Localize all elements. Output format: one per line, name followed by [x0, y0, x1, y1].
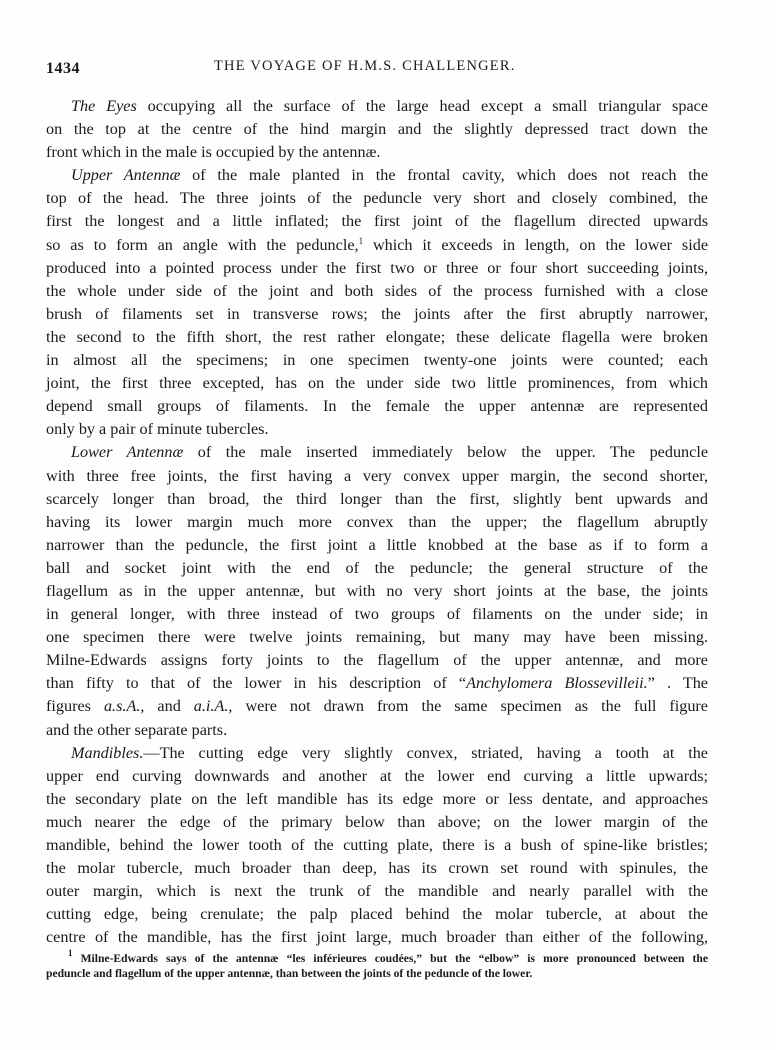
species-name: Anchylomera Blossevilleii. [466, 674, 648, 692]
text-line: the whole under side of the joint and bo… [46, 282, 708, 300]
text-line: centre of the mandible, has the first jo… [46, 928, 708, 946]
figure-ref-aia: a.i.A. [194, 697, 229, 715]
text-line: Milne-Edwards assigns forty joints to th… [46, 651, 708, 669]
text-line: joint, the first three excepted, has on … [46, 374, 708, 392]
text-line: of the male inserted immediately below t… [183, 443, 708, 461]
text-line: only by a pair of minute tubercles. [46, 420, 269, 438]
running-title: THE VOYAGE OF H.M.S. CHALLENGER. [214, 58, 516, 75]
section-heading-eyes: The Eyes [71, 97, 137, 115]
text-line: which it exceeds in length, on the lower… [363, 236, 708, 254]
text-line: the second to the fifth short, the rest … [46, 328, 708, 346]
figure-ref-asa: a.s.A. [104, 697, 140, 715]
paragraph-eyes: The Eyes occupying all the surface of th… [46, 95, 708, 164]
section-heading-mandibles: Mandibles. [71, 744, 143, 762]
text-line: depend small groups of filaments. In the… [46, 397, 708, 415]
text-line: with three free joints, the first having… [46, 467, 708, 485]
text-line: scarcely longer than broad, the third lo… [46, 490, 708, 508]
text-line: top of the head. The three joints of the… [46, 189, 708, 207]
section-heading-lower-antennae: Lower Antennæ [71, 443, 183, 461]
text-line: one specimen there were twelve joints re… [46, 628, 708, 646]
text-line: than fifty to that of the lower in his d… [46, 674, 466, 692]
text-line: , were not drawn from the same specimen … [228, 697, 708, 715]
body-text: The Eyes occupying all the surface of th… [46, 95, 708, 949]
text-line: outer margin, which is next the trunk of… [46, 882, 708, 900]
text-line: front which in the male is occupied by t… [46, 143, 380, 161]
text-line: the secondary plate on the left mandible… [46, 790, 708, 808]
text-line: on the top at the centre of the hind mar… [46, 120, 708, 138]
footnote-line: peduncle and flagellum of the upper ante… [46, 967, 532, 980]
text-line: in general longer, with three instead of… [46, 605, 708, 623]
text-line: the molar tubercle, much broader than de… [46, 859, 708, 877]
page-header: 1434 THE VOYAGE OF H.M.S. CHALLENGER. [46, 54, 706, 78]
footnote-line: Milne-Edwards says of the antennæ “les i… [73, 952, 709, 965]
text-line: mandible, behind the lower tooth of the … [46, 836, 708, 854]
text-line: ball and socket joint with the end of th… [46, 559, 708, 577]
text-line: produced into a pointed process under th… [46, 259, 708, 277]
document-page: 1434 THE VOYAGE OF H.M.S. CHALLENGER. Th… [0, 0, 776, 1050]
text-line: first the longest and a little inflated;… [46, 212, 708, 230]
text-line: so as to form an angle with the peduncle… [46, 236, 359, 254]
page-number: 1434 [46, 60, 80, 78]
text-line: figures [46, 697, 104, 715]
text-line: —The cutting edge very slightly convex, … [143, 744, 708, 762]
paragraph-mandibles: Mandibles.—The cutting edge very slightl… [46, 742, 708, 950]
text-line: ” . The [648, 674, 708, 692]
text-line: brush of filaments set in transverse row… [46, 305, 708, 323]
text-line: much nearer the edge of the primary belo… [46, 813, 708, 831]
text-line: occupying all the surface of the large h… [137, 97, 708, 115]
paragraph-upper-antennae: Upper Antennæ of the male planted in the… [46, 164, 708, 441]
text-line: of the male planted in the frontal cavit… [180, 166, 708, 184]
text-line: in almost all the specimens; in one spec… [46, 351, 708, 369]
text-line: cutting edge, being crenulate; the palp … [46, 905, 708, 923]
text-line: flagellum as in the upper antennæ, but w… [46, 582, 708, 600]
footnote: 1 Milne-Edwards says of the antennæ “les… [46, 951, 708, 981]
text-line: upper end curving downwards and another … [46, 767, 708, 785]
section-heading-upper-antennae: Upper Antennæ [71, 166, 180, 184]
text-line: and the other separate parts. [46, 721, 227, 739]
text-line: narrower than the peduncle, the first jo… [46, 536, 708, 554]
paragraph-lower-antennae: Lower Antennæ of the male inserted immed… [46, 441, 708, 741]
text-line: having its lower margin much more convex… [46, 513, 708, 531]
text-line: , and [140, 697, 193, 715]
